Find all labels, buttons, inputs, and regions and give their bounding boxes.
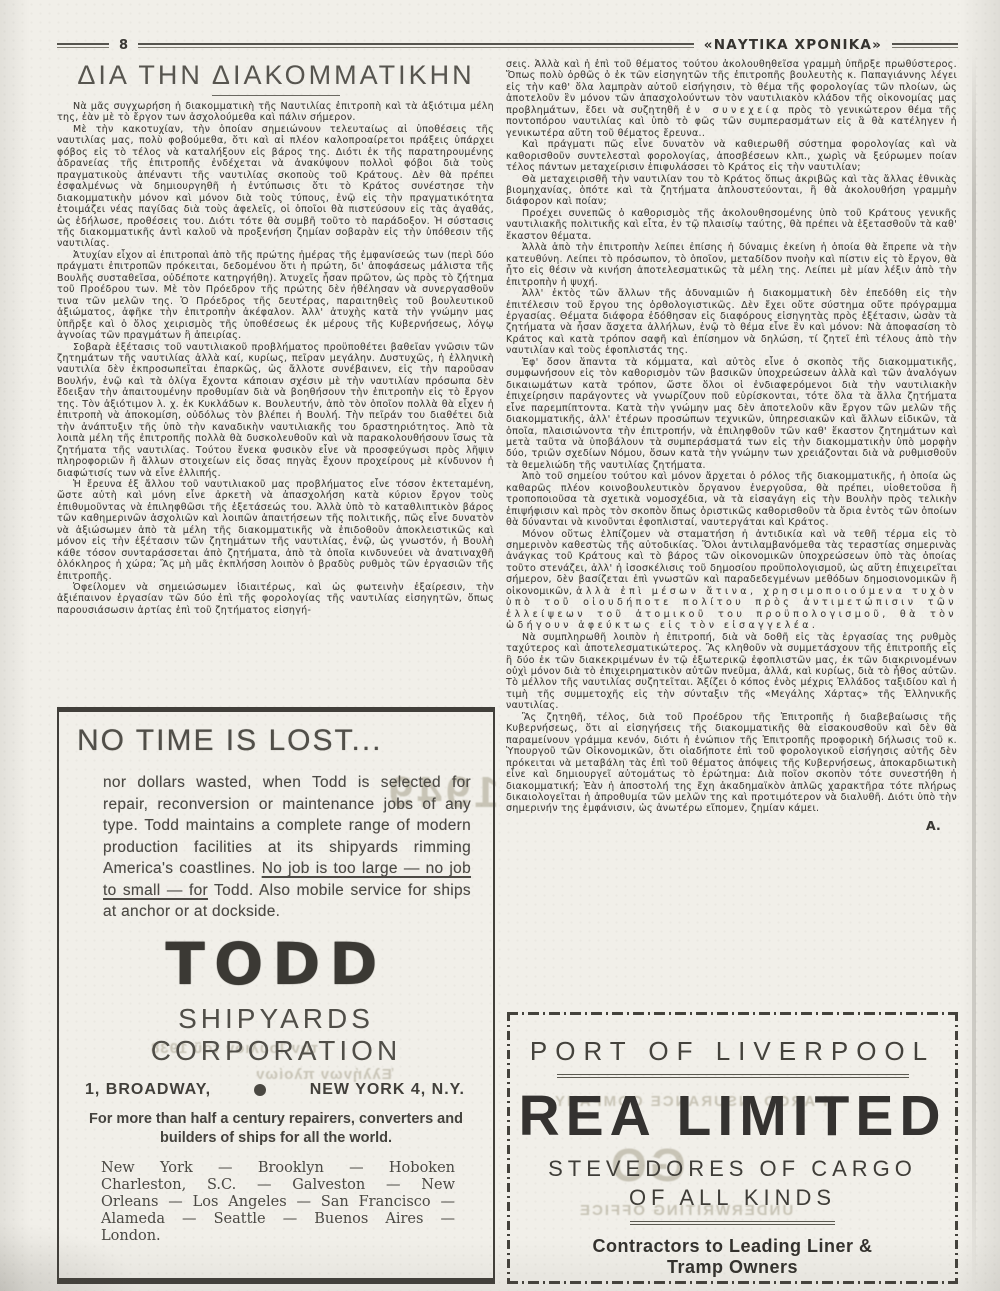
article-paragraph: Καὶ πράγματι πῶς εἶνε δυνατὸν νὰ καθιερω… [506,139,957,173]
article-paragraph: Νὰ συμπληρωθῆ λοιπὸν ἡ ἐπιτροπή, διὰ νὰ … [506,632,957,712]
article-paragraph: Ὀφείλομεν νὰ σημειώσωμεν ἰδιαιτέρως, καὶ… [57,582,494,616]
article-paragraph: Ἀλλὰ ἀπὸ τὴν ἐπιτροπὴν λείπει ἐπίσης ἡ δ… [506,242,957,288]
article-paragraph: σεις. Ἀλλὰ καὶ ἡ ἐπὶ τοῦ θέματος τούτου … [506,59,957,139]
page-curl-shadow [0,1221,140,1291]
text-run: Θὰ μεταχειρισθῆ τὴν ναυτιλίαν του τὸ Κρά… [506,174,957,208]
todd-headline: NO TIME IS LOST... [77,724,493,758]
text-run: Ἀλλ' ἐκτὸς τῶν ἄλλων τῆς ἀδυναμιῶν ἡ δια… [506,288,957,356]
article-column-left: Νὰ μᾶς συγχωρήση ἡ διακομματικὴ τῆς Ναυτ… [57,101,494,705]
text-run: Ἀλλὰ ἀπὸ τὴν ἐπιτροπὴν λείπει ἐπίσης ἡ δ… [506,242,957,287]
todd-address-left: 1, BROADWAY, [85,1081,211,1099]
article-paragraph: Σοβαρὰ ἐξέτασις τοῦ ναυτιλιακοῦ προβλήμα… [57,342,494,479]
header-rule-center [138,43,694,48]
todd-ad: NO TIME IS LOST... nor dollars wasted, w… [57,707,495,1284]
article-paragraph: Προέχει συνεπῶς ὁ καθορισμὸς τῆς ἀκολουθ… [506,208,957,242]
text-run: Νὰ συμπληρωθῆ λοιπὸν ἡ ἐπιτροπή, διὰ νὰ … [506,632,957,712]
text-run: Μὲ τὴν κακοτυχίαν, τὴν ὁποίαν σημειώνουν… [57,124,494,250]
article-paragraph: Νὰ μᾶς συγχωρήση ἡ διακομματικὴ τῆς Ναυτ… [57,101,494,124]
text-run: Ἐφ' ὅσον ἅπαντα τὰ κόμματα, καὶ αὐτὸς εἶ… [506,357,957,471]
rea-border-right [955,1012,958,1284]
text-run: Προέχει συνεπῶς ὁ καθορισμὸς τῆς ἀκολουθ… [506,208,957,242]
article-title-block: ΔΙΑ ΤΗΝ ΔΙΑΚΟΜΜΑΤΙΚΗΝ [57,60,495,96]
article-paragraph: Ἀλλ' ἐκτὸς τῶν ἄλλων τῆς ἀδυναμιῶν ἡ δια… [506,288,957,357]
article-paragraph: Μὲ τὴν κακοτυχίαν, τὴν ὁποίαν σημειώνουν… [57,124,494,250]
rea-port-heading: PORT OF LIVERPOOL [507,1036,958,1067]
todd-address-right: NEW YORK 4, N.Y. [310,1081,465,1099]
rea-ad: PORT OF LIVERPOOL REA LIMITED STEVEDORES… [507,1012,958,1284]
article-title: ΔΙΑ ΤΗΝ ΔΙΑΚΟΜΜΑΤΙΚΗΝ [57,60,495,91]
page-header: 8 «ΝΑΥΤΙΚΑ ΧΡΟΝΙΚΑ» [57,37,958,53]
article-paragraph: Ἐφ' ὅσον ἅπαντα τὰ κόμματα, καὶ αὐτὸς εἶ… [506,357,957,472]
rea-border-bottom [507,1281,958,1284]
todd-address-row: 1, BROADWAY, NEW YORK 4, N.Y. [85,1081,465,1099]
rea-company-name: REA LIMITED [507,1088,958,1145]
title-underline [212,95,340,96]
rea-divider-rule [630,1221,835,1225]
rea-subtitle-line1: STEVEDORES OF CARGO [507,1156,958,1182]
text-run: Ἀπὸ τοῦ σημείου τούτου καὶ μόνον ἄρχεται… [506,471,957,528]
article-paragraph: Ἂς ζητηθῆ, τέλος, διὰ τοῦ Προέδρου τῆς Ἐ… [506,712,957,815]
bullet-icon [254,1084,266,1096]
text-run: Ἂς ζητηθῆ, τέλος, διὰ τοῦ Προέδρου τῆς Ἐ… [506,712,957,815]
header-rule-right [892,43,958,48]
rea-footer-line2: Tramp Owners [507,1257,958,1278]
article-paragraph: Ἀπὸ τοῦ σημείου τούτου καὶ μόνον ἄρχεται… [506,471,957,528]
article-paragraph: Ἡ ἔρευνα ἐξ ἄλλου τοῦ ναυτιλιακοῦ μας πρ… [57,479,494,582]
todd-logo: TODD [59,935,493,993]
todd-cities-list: New York — Brooklyn — Hoboken Charleston… [101,1160,455,1246]
todd-tagline: For more than half a century repairers, … [89,1110,463,1148]
article-paragraph: Ἀτυχίαν εἶχον αἱ ἐπιτροπαὶ ἀπὸ τῆς πρώτη… [57,250,494,342]
article-column-right: σεις. Ἀλλὰ καὶ ἡ ἐπὶ τοῦ θέματος τούτου … [506,59,957,831]
article-paragraph: Θὰ μεταχειρισθῆ τὴν ναυτιλίαν του τὸ Κρά… [506,174,957,208]
text-run: ἐν συνεχείᾳ [686,105,782,116]
text-run: Ἀτυχίαν εἶχον αἱ ἐπιτροπαὶ ἀπὸ τῆς πρώτη… [57,250,494,341]
scan-edge-shadow [972,52,976,1291]
rea-border-left [507,1012,510,1284]
todd-body-text: nor dollars wasted, when Todd is selecte… [103,772,471,923]
header-rule-left [57,43,109,48]
todd-subtitle: SHIPYARDS CORPORATION [59,1003,493,1067]
text-run: Ἡ ἔρευνα ἐξ ἄλλου τοῦ ναυτιλιακοῦ μας πρ… [57,479,494,582]
rea-border-top [507,1012,958,1015]
text-run: Σοβαρὰ ἐξέτασις τοῦ ναυτιλιακοῦ προβλήμα… [57,342,494,479]
rea-footer-line1: Contractors to Leading Liner & [507,1236,958,1257]
text-run: Ὀφείλομεν νὰ σημειώσωμεν ἰδιαιτέρως, καὶ… [57,582,494,616]
masthead-title: «ΝΑΥΤΙΚΑ ΧΡΟΝΙΚΑ» [704,37,882,53]
rea-heading-rule [557,1074,909,1078]
article-signature: Α. [506,820,957,831]
rea-footer: Contractors to Leading Liner & Tramp Own… [507,1236,958,1278]
article-paragraph: Μόνον οὕτως ἐλπίζομεν νὰ σταματήση ἡ ἀντ… [506,529,957,632]
text-run: Νὰ μᾶς συγχωρήση ἡ διακομματικὴ τῆς Ναυτ… [57,101,494,123]
rea-subtitle-line2: OF ALL KINDS [507,1185,958,1211]
page-number: 8 [119,38,128,53]
text-run: Καὶ πράγματι πῶς εἶνε δυνατὸν νὰ καθιερω… [506,139,957,173]
